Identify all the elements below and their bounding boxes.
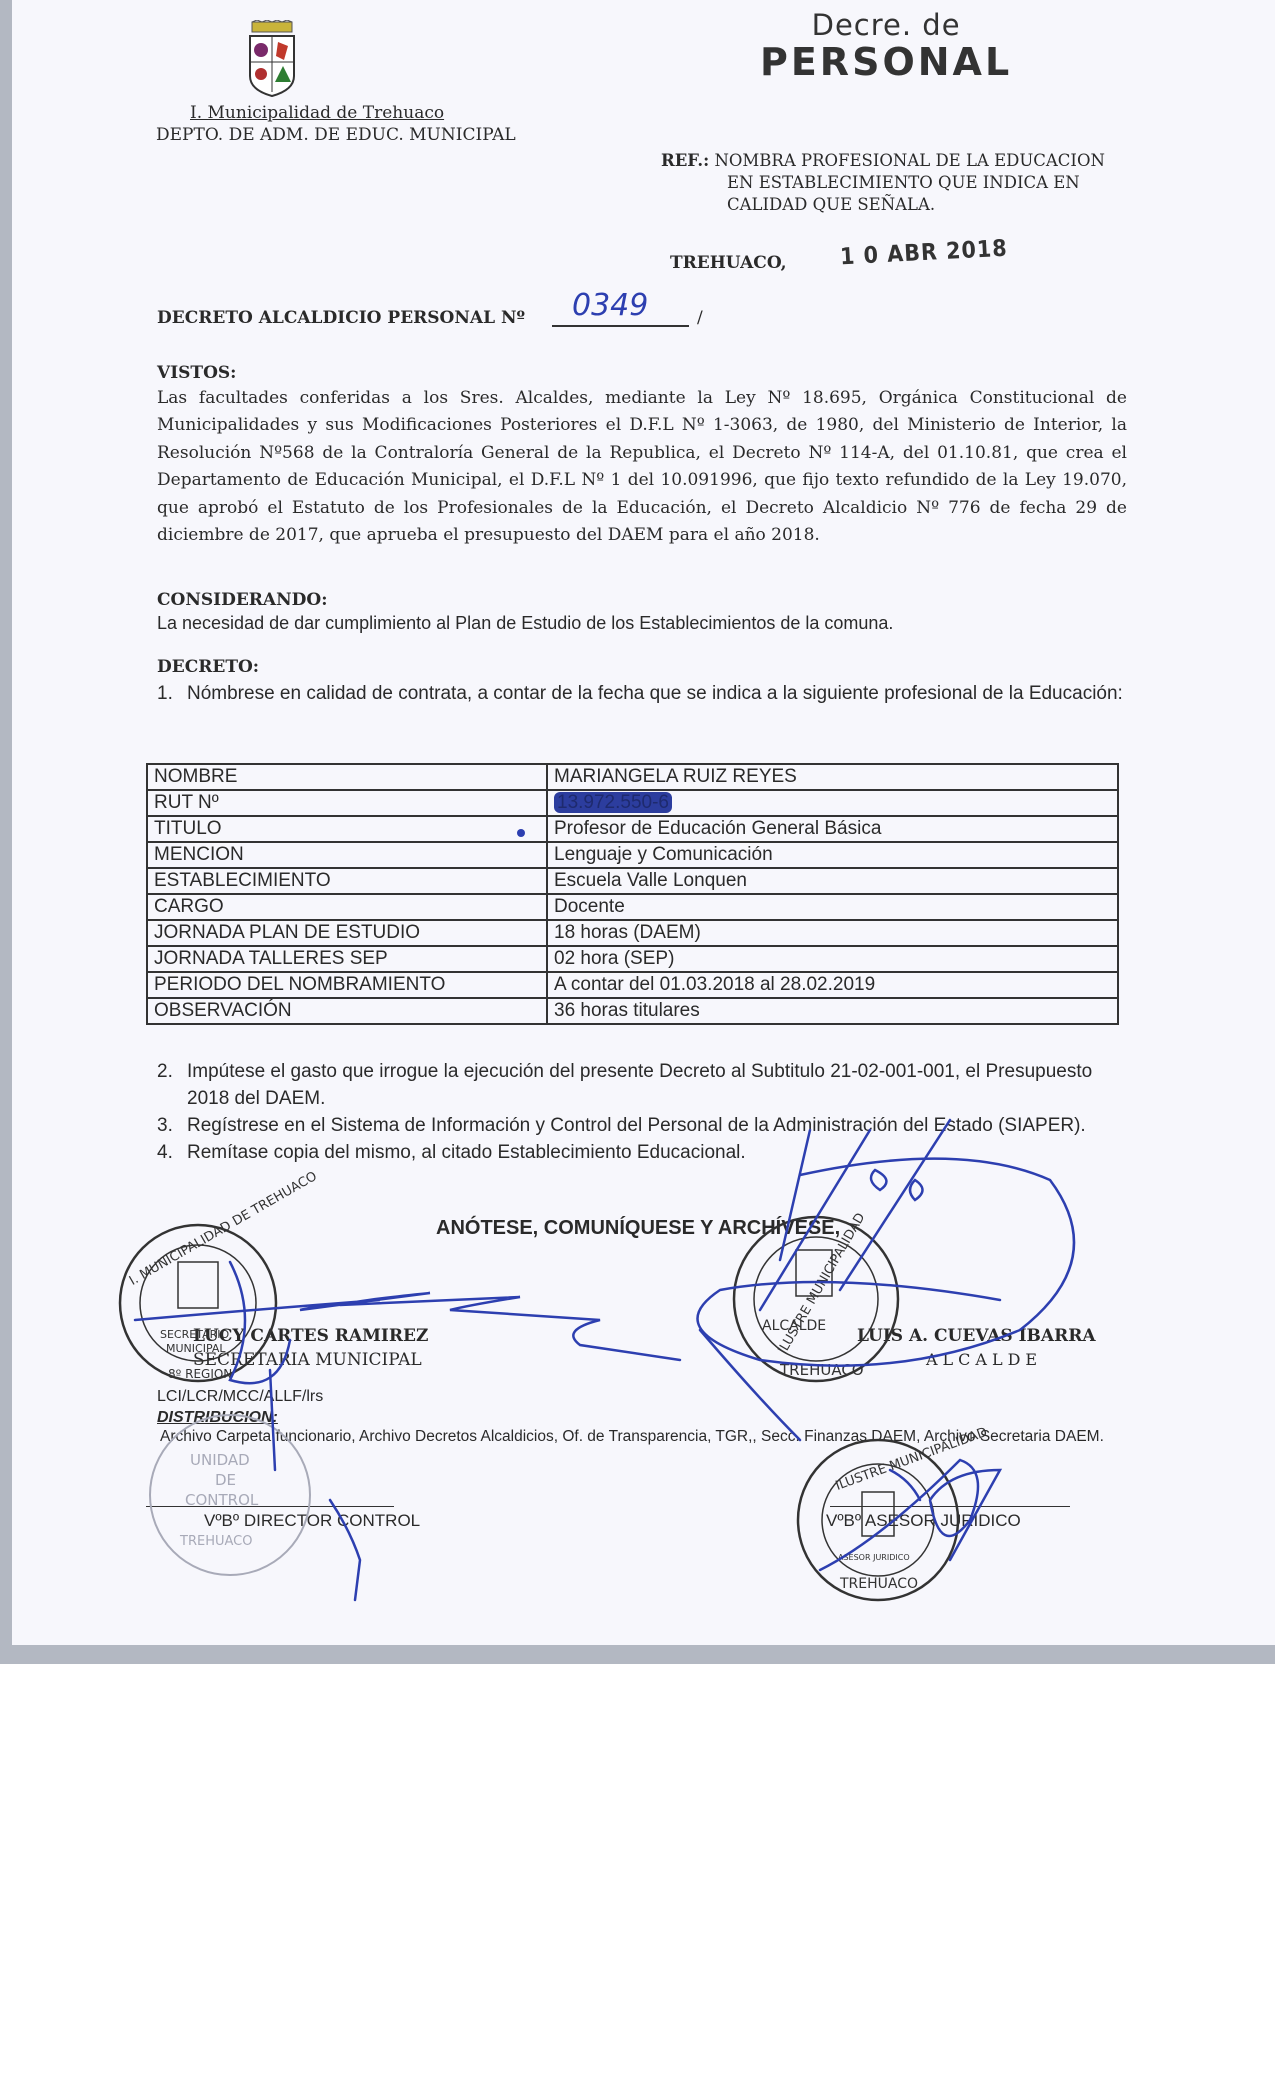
item-text: Nómbrese en calidad de contrata, a conta…: [187, 680, 1123, 707]
item-number: 4.: [157, 1139, 187, 1166]
item-number: 2.: [157, 1058, 187, 1112]
table-row: RUT Nº13.972.550-6: [147, 790, 1118, 816]
decree-type-stamp: Decre. de PERSONAL: [760, 8, 1012, 84]
municipality-name: I. Municipalidad de Trehuaco: [190, 103, 444, 123]
vistos-heading: VISTOS:: [157, 363, 236, 383]
field-label: OBSERVACIÓN: [147, 998, 547, 1024]
reference-line-1: NOMBRA PROFESIONAL DE LA EDUCACION: [714, 151, 1104, 170]
mayor-name: LUIS A. CUEVAS IBARRA: [857, 1326, 1096, 1346]
decreto-item-4: 4. Remítase copia del mismo, al citado E…: [157, 1139, 1132, 1166]
field-value: 13.972.550-6: [547, 790, 1118, 816]
table-row: CARGODocente: [147, 894, 1118, 920]
field-label: ESTABLECIMIENTO: [147, 868, 547, 894]
vistos-text: Las facultades conferidas a los Sres. Al…: [157, 385, 1127, 549]
decreto-items-2-4: 2. Impútese el gasto que irrogue la ejec…: [157, 1058, 1132, 1166]
field-label: JORNADA TALLERES SEP: [147, 946, 547, 972]
reference-line-2: EN ESTABLECIMIENTO QUE INDICA EN: [661, 172, 1105, 194]
secretary-role: SECRETARIA MUNICIPAL: [193, 1350, 422, 1370]
decree-slash: /: [697, 308, 703, 328]
field-label: NOMBRE: [147, 764, 547, 790]
place-label: TREHUACO,: [670, 253, 787, 273]
table-row: TITULOProfesor de Educación General Bási…: [147, 816, 1118, 842]
mayor-role: ALCALDE: [926, 1350, 1042, 1369]
item-number: 1.: [157, 680, 187, 707]
item-text: Impútese el gasto que irrogue la ejecuci…: [187, 1058, 1132, 1112]
legal-approval-label: VºBº ASESOR JURÍDICO: [826, 1511, 1021, 1531]
item-text: Regístrese en el Sistema de Información …: [187, 1112, 1086, 1139]
reference-block: REF.: NOMBRA PROFESIONAL DE LA EDUCACION…: [661, 150, 1105, 216]
table-row: PERIODO DEL NOMBRAMIENTOA contar del 01.…: [147, 972, 1118, 998]
field-value: Escuela Valle Lonquen: [547, 868, 1118, 894]
decreto-item-1: 1. Nómbrese en calidad de contrata, a co…: [157, 680, 1132, 707]
field-label: MENCION: [147, 842, 547, 868]
field-value: 02 hora (SEP): [547, 946, 1118, 972]
decree-number-handwritten: 0349: [572, 288, 648, 323]
item-text: Remítase copia del mismo, al citado Esta…: [187, 1139, 746, 1166]
considerando-text: La necesidad de dar cumplimiento al Plan…: [157, 613, 893, 634]
table-row: JORNADA TALLERES SEP02 hora (SEP): [147, 946, 1118, 972]
reference-label: REF.:: [661, 151, 709, 170]
department-name: DEPTO. DE ADM. DE EDUC. MUNICIPAL: [156, 125, 516, 145]
municipal-crest-icon: [242, 20, 302, 98]
control-approval-label: VºBº DIRECTOR CONTROL: [204, 1511, 420, 1531]
control-signature-line: [146, 1506, 394, 1507]
field-value: A contar del 01.03.2018 al 28.02.2019: [547, 972, 1118, 998]
appointment-table: NOMBREMARIANGELA RUIZ REYESRUT Nº13.972.…: [146, 763, 1119, 1025]
reference-line-3: CALIDAD QUE SEÑALA.: [661, 194, 1105, 216]
field-value: Lenguaje y Comunicación: [547, 842, 1118, 868]
table-row: OBSERVACIÓN36 horas titulares: [147, 998, 1118, 1024]
decreto-item-2: 2. Impútese el gasto que irrogue la ejec…: [157, 1058, 1132, 1112]
decree-title: DECRETO ALCALDICIO PERSONAL Nº: [157, 308, 525, 328]
stamp-line-2: PERSONAL: [760, 40, 1012, 84]
decreto-item-3: 3. Regístrese en el Sistema de Informaci…: [157, 1112, 1132, 1139]
stamp-line-1: Decre. de: [760, 8, 1012, 42]
field-label: CARGO: [147, 894, 547, 920]
secretary-name: LUCY CARTES RAMIREZ: [193, 1326, 428, 1346]
author-initials: LCI/LCR/MCC/ALLF/lrs: [157, 1388, 323, 1406]
closing-formula: ANÓTESE, COMUNÍQUESE Y ARCHÍVESE,: [436, 1217, 840, 1240]
field-value: MARIANGELA RUIZ REYES: [547, 764, 1118, 790]
table-row: MENCIONLenguaje y Comunicación: [147, 842, 1118, 868]
considerando-heading: CONSIDERANDO:: [157, 590, 328, 610]
field-value: 18 horas (DAEM): [547, 920, 1118, 946]
table-row: ESTABLECIMIENTOEscuela Valle Lonquen: [147, 868, 1118, 894]
field-label: TITULO: [147, 816, 547, 842]
field-label: RUT Nº: [147, 790, 547, 816]
item-number: 3.: [157, 1112, 187, 1139]
field-label: JORNADA PLAN DE ESTUDIO: [147, 920, 547, 946]
table-row: NOMBREMARIANGELA RUIZ REYES: [147, 764, 1118, 790]
field-value: Profesor de Educación General Básica: [547, 816, 1118, 842]
rut-value-redacted: 13.972.550-6: [554, 792, 672, 813]
decreto-heading: DECRETO:: [157, 657, 259, 677]
field-value: Docente: [547, 894, 1118, 920]
distribution-heading: DISTRIBUCION:: [157, 1409, 278, 1427]
table-row: JORNADA PLAN DE ESTUDIO18 horas (DAEM): [147, 920, 1118, 946]
field-label: PERIODO DEL NOMBRAMIENTO: [147, 972, 547, 998]
legal-signature-line: [830, 1506, 1070, 1507]
distribution-list: Archivo Carpeta funcionario, Archivo Dec…: [160, 1428, 1104, 1446]
field-value: 36 horas titulares: [547, 998, 1118, 1024]
